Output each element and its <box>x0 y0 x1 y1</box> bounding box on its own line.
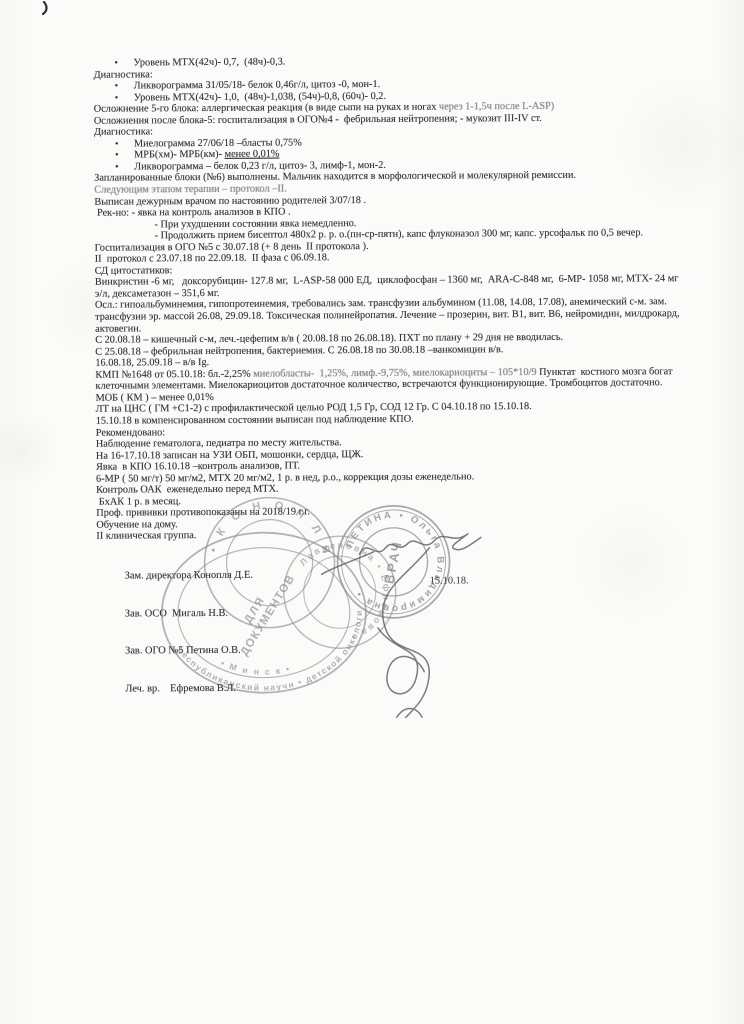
stamps-layer: • К О Н О П Л Я республиканский научн • … <box>131 477 482 719</box>
document-text-block: Уровень МТХ(42ч)- 0,7, (48ч)-0,3. Диагно… <box>93 54 736 543</box>
signature-scribble <box>378 628 424 694</box>
page-tilt-wrapper: Уровень МТХ(42ч)- 0,7, (48ч)-0,3. Диагно… <box>0 0 744 1024</box>
scanned-document-page: Уровень МТХ(42ч)- 0,7, (48ч)-0,3. Диагно… <box>0 0 744 1024</box>
physician-stamp: ПЕТИНА • Ольга Владимировна • ВРАЧ <box>337 506 450 619</box>
signature-scribble <box>359 533 482 554</box>
signature-scribbles <box>321 533 482 719</box>
stamp-ring-text: • М и н с к • <box>219 658 292 677</box>
